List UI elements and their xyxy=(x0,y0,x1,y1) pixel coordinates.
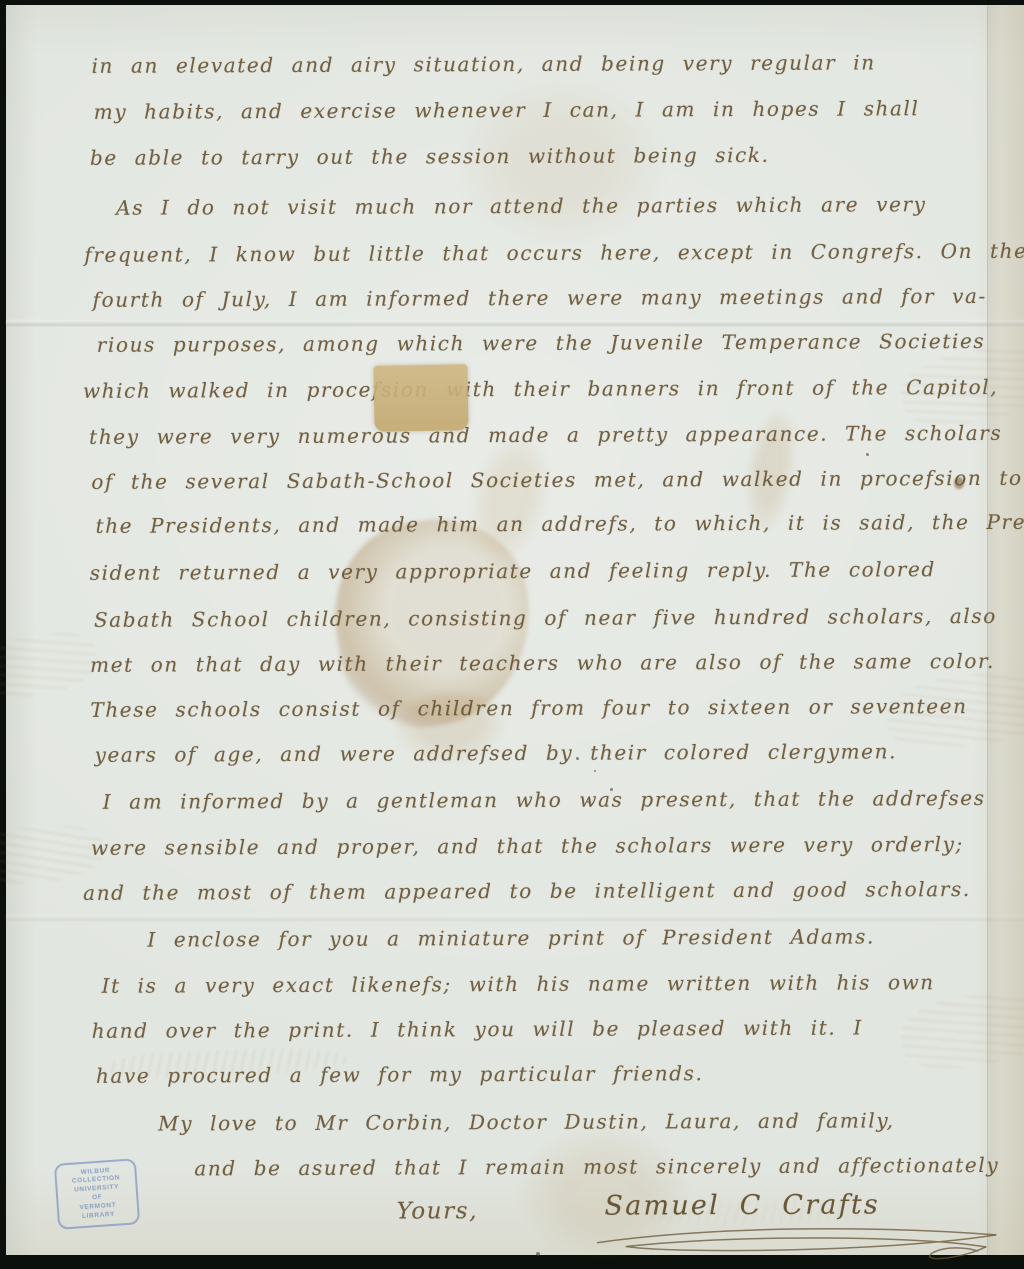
letter-line: which walked in procefsion with their ba… xyxy=(83,375,998,403)
letter-line: I enclose for you a miniature print of P… xyxy=(147,924,875,951)
letter-line: rious purposes, among which were the Juv… xyxy=(97,329,986,357)
letter-line: These schools consist of children from f… xyxy=(90,694,967,722)
letter-page: in an elevated and airy situation, and b… xyxy=(6,5,1024,1255)
letter-line: It is a very exact likenefs; with his na… xyxy=(101,970,934,998)
letter-line: My love to Mr Corbin, Doctor Dustin, Lau… xyxy=(158,1108,895,1135)
letter-line: years of age, and were addrefsed by thei… xyxy=(94,739,897,767)
library-stamp: WILBUR COLLECTION UNIVERSITY OF VERMONT … xyxy=(54,1158,140,1230)
letter-line: I am informed by a gentleman who was pre… xyxy=(103,786,986,814)
letter-line: my habits, and exercise whenever I can, … xyxy=(94,96,920,124)
letter-body: in an elevated and airy situation, and b… xyxy=(3,3,1024,1257)
letter-line: be able to tarry out the session without… xyxy=(90,143,770,170)
letter-line: hand over the print. I think you will be… xyxy=(92,1015,863,1042)
letter-line: and be asured that I remain most sincere… xyxy=(194,1153,999,1181)
letter-line: they were very numerous and made a prett… xyxy=(89,421,1002,449)
letter-line: Sabath School children, consisting of ne… xyxy=(94,604,997,632)
letter-line: the Presidents, and made him an addrefs,… xyxy=(95,510,1024,538)
letter-line: in an elevated and airy situation, and b… xyxy=(91,50,875,77)
letter-line: have procured a few for my particular fr… xyxy=(96,1061,704,1088)
letter-line: and the most of them appeared to be inte… xyxy=(83,877,971,905)
signature-flourish xyxy=(594,1223,1014,1267)
stamp-line: LIBRARY xyxy=(82,1210,115,1221)
letter-line: sident returned a very appropriate and f… xyxy=(90,557,936,585)
letter-line: of the several Sabath-School Societies m… xyxy=(91,466,1022,494)
letter-line: met on that day with their teachers who … xyxy=(90,649,995,677)
signature: Samuel C Crafts xyxy=(604,1189,880,1221)
tape-repair-patch xyxy=(373,364,468,432)
letter-line: fourth of July, I am informed there were… xyxy=(93,284,987,312)
letter-line: were sensible and proper, and that the s… xyxy=(91,832,964,860)
letter-closing: Yours, xyxy=(396,1198,478,1224)
letter-line: As I do not visit much nor attend the pa… xyxy=(116,192,926,220)
letter-line: frequent, I know but little that occurs … xyxy=(84,239,1024,267)
